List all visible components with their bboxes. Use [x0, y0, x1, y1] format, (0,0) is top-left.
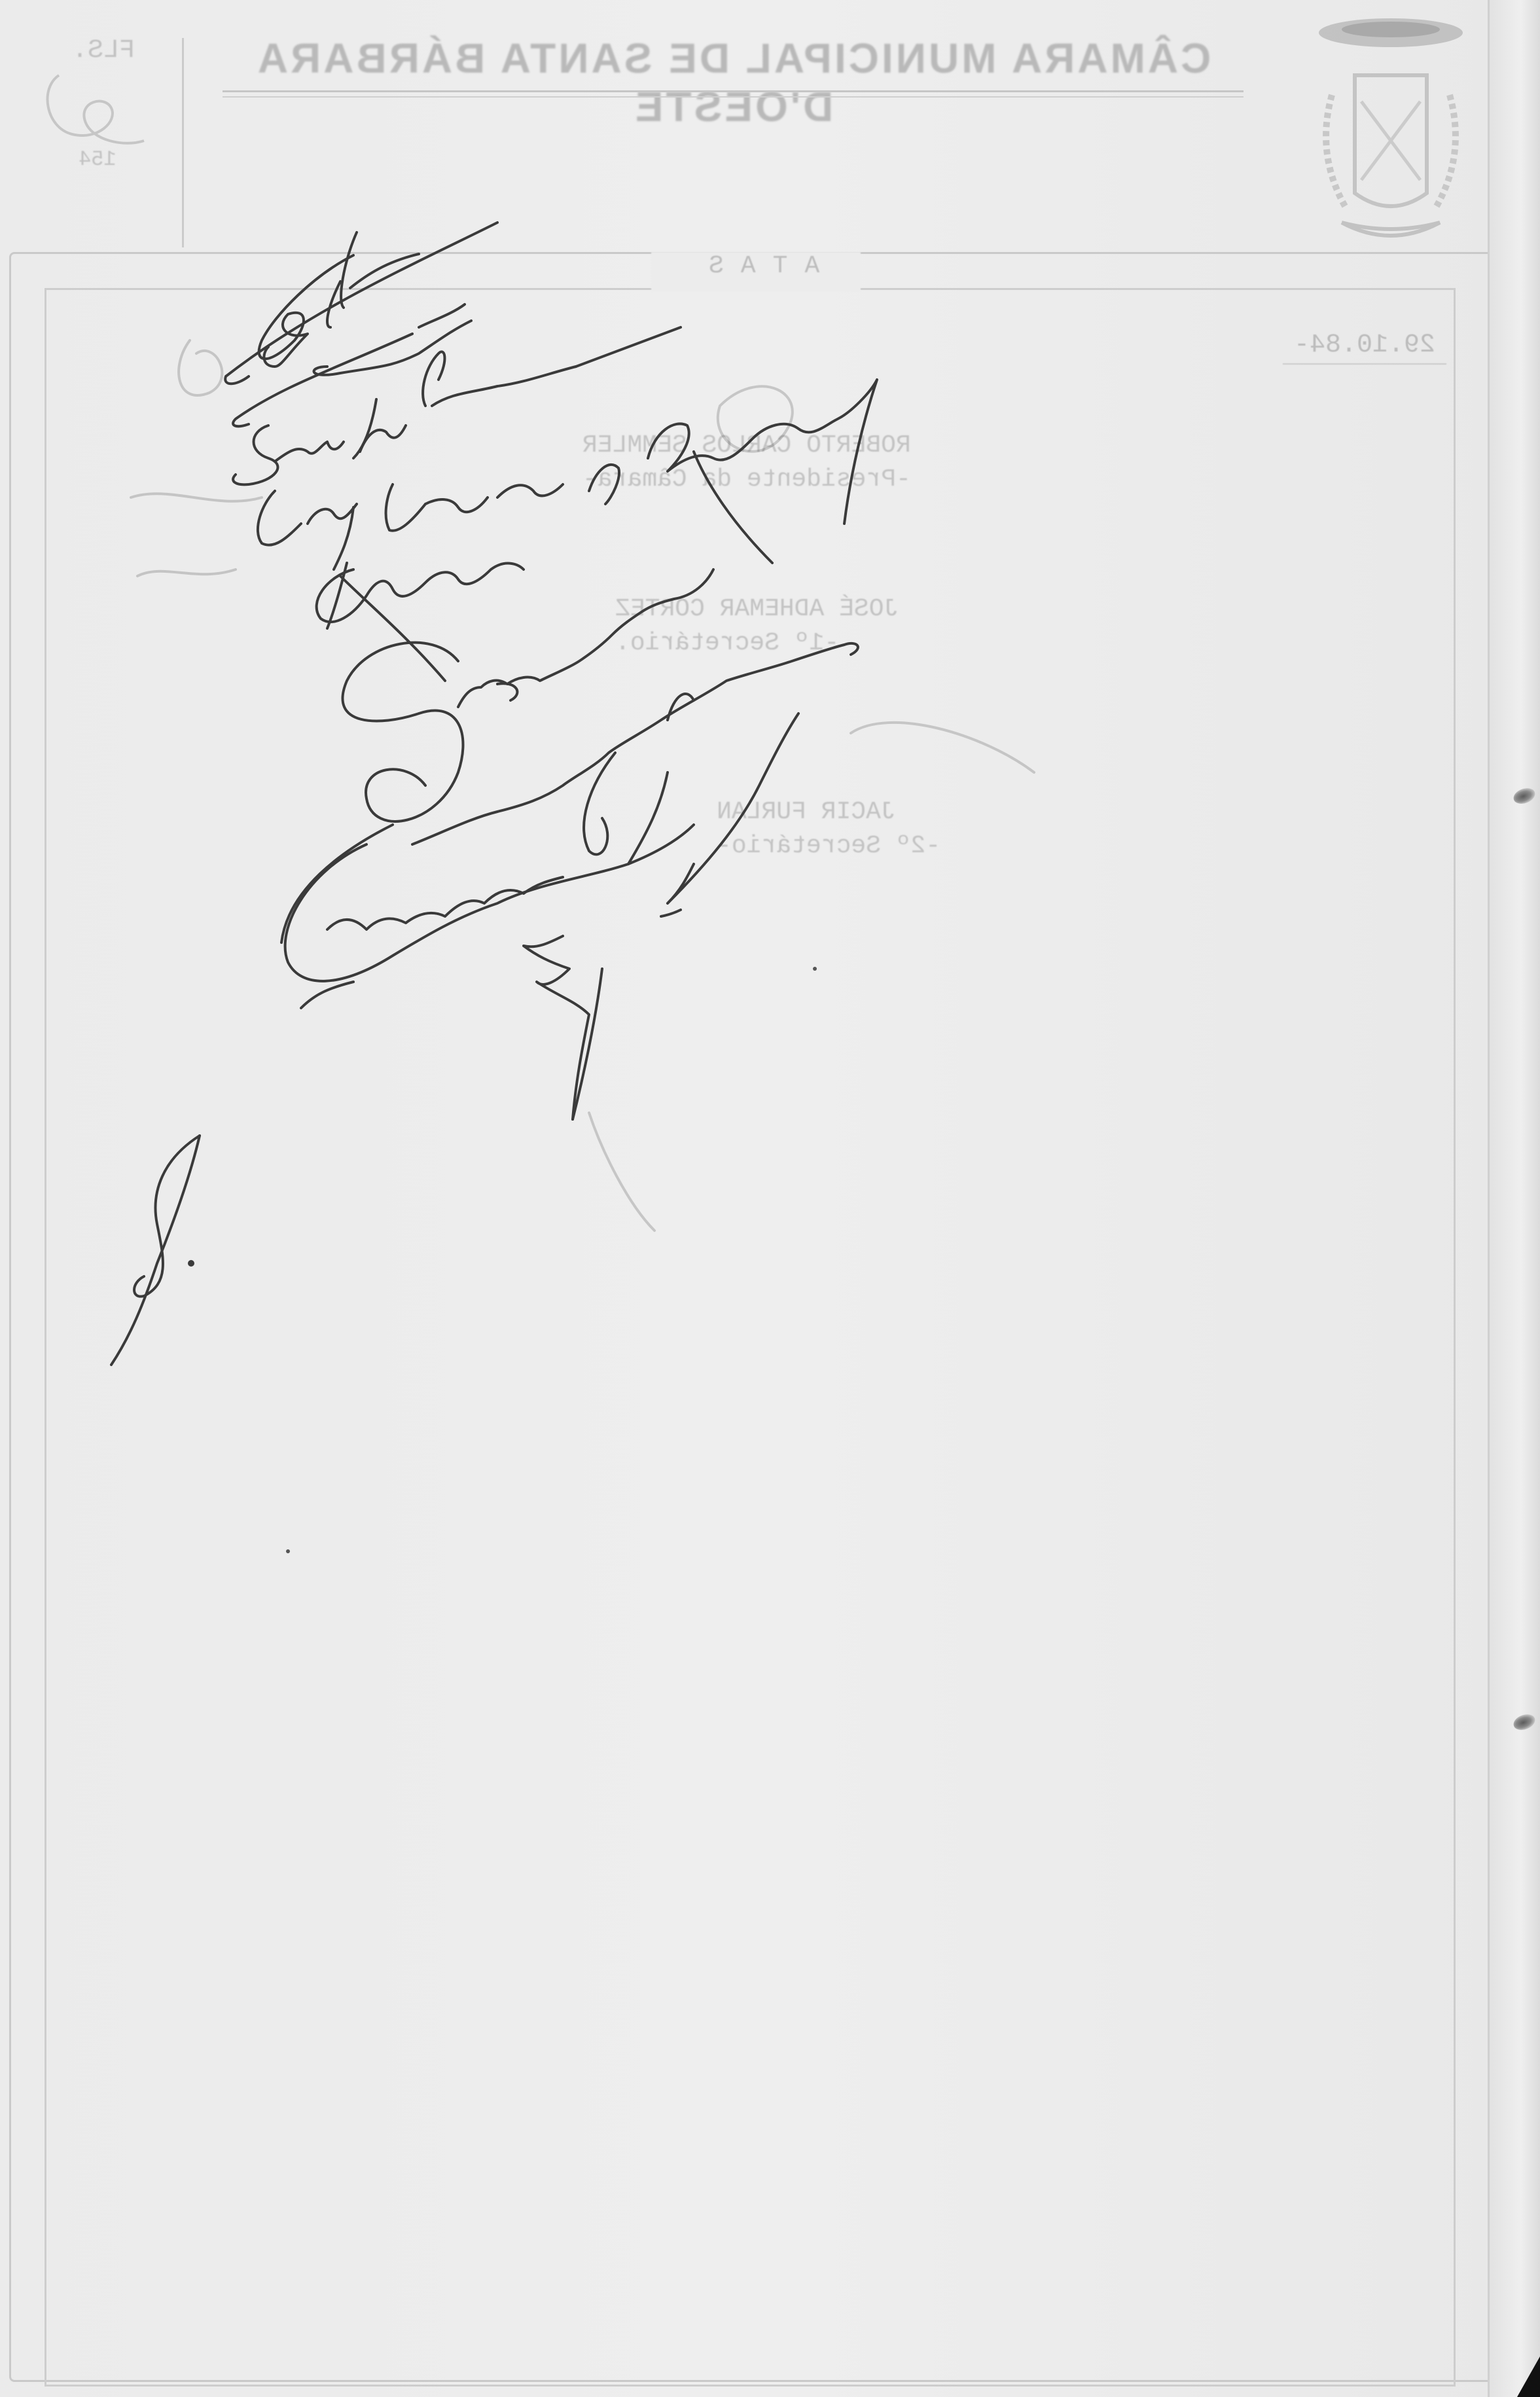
folio-stamp: FLS. 154	[20, 36, 144, 187]
header-rule	[223, 90, 1244, 98]
folio-number: 154	[79, 147, 116, 171]
signatory-role: -2º Secretário-	[717, 829, 940, 863]
folio-label: FLS.	[72, 36, 135, 65]
coat-of-arms-icon	[1293, 3, 1489, 249]
signatory-role: -Presidente da Câmara-	[582, 463, 911, 497]
document-page: FLS. 154 CÂMARA MUNICIPAL DE SANTA BÁRBA…	[0, 0, 1540, 2397]
binding-edge	[1488, 0, 1540, 2397]
date-stamp: 29.10.84-	[1283, 331, 1446, 365]
institution-title: CÂMARA MUNICIPAL DE SANTA BÁRBARA D'OEST…	[216, 34, 1250, 80]
typed-signatory-block: ROBERTO CARLOS SEMMLER -Presidente da Câ…	[582, 429, 911, 497]
header-divider	[182, 38, 184, 247]
section-label: ATAS	[651, 252, 861, 291]
typed-signatory-block: JACIR FURLAN -2º Secretário-	[717, 795, 940, 863]
signatory-name: JOSÉ ADHEMAR CORTEZ	[615, 592, 899, 626]
